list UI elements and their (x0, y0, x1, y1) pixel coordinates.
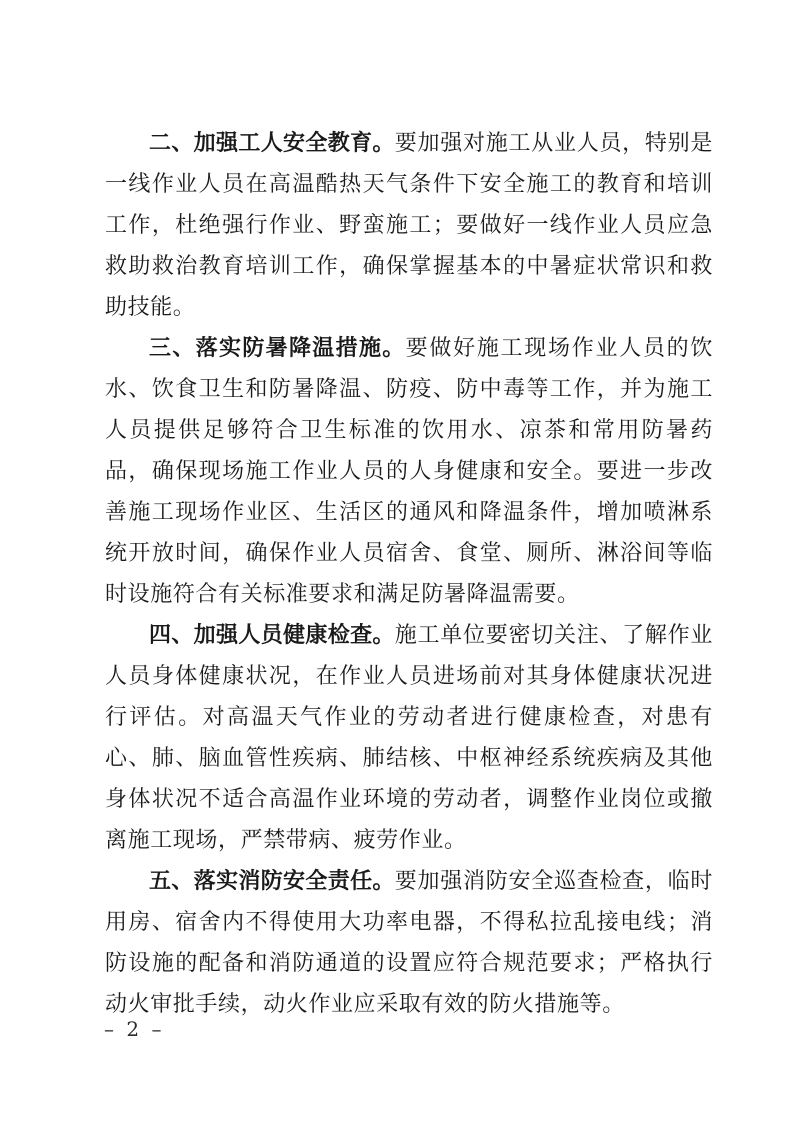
paragraph-text: 要做好施工现场作业人员的饮水、饮食卫生和防暑降温、防疫、防中毒等工作，并为施工人… (105, 335, 713, 606)
paragraph-heading: 二、加强工人安全教育。 (149, 130, 395, 155)
document-page: 二、加强工人安全教育。要加强对施工从业人员，特别是一线作业人员在高温酷热天气条件… (0, 0, 793, 1122)
page-number: – 2 – (104, 1017, 164, 1041)
paragraph-worker-safety-education: 二、加强工人安全教育。要加强对施工从业人员，特别是一线作业人员在高温酷热天气条件… (105, 122, 713, 327)
paragraph-text: 要加强对施工从业人员，特别是一线作业人员在高温酷热天气条件下安全施工的教育和培训… (105, 130, 713, 319)
paragraph-health-checks: 四、加强人员健康检查。施工单位要密切关注、了解作业人员身体健康状况，在作业人员进… (105, 614, 713, 860)
paragraph-fire-safety: 五、落实消防安全责任。要加强消防安全巡查检查，临时用房、宿舍内不得使用大功率电器… (105, 860, 713, 1024)
paragraph-heading: 四、加强人员健康检查。 (149, 622, 395, 647)
paragraph-text: 施工单位要密切关注、了解作业人员身体健康状况，在作业人员进场前对其身体健康状况进… (105, 622, 713, 852)
paragraph-heatstroke-prevention: 三、落实防暑降温措施。要做好施工现场作业人员的饮水、饮食卫生和防暑降温、防疫、防… (105, 327, 713, 614)
paragraph-heading: 五、落实消防安全责任。 (149, 868, 395, 893)
document-body: 二、加强工人安全教育。要加强对施工从业人员，特别是一线作业人员在高温酷热天气条件… (105, 122, 713, 1024)
paragraph-heading: 三、落实防暑降温措施。 (149, 335, 406, 360)
